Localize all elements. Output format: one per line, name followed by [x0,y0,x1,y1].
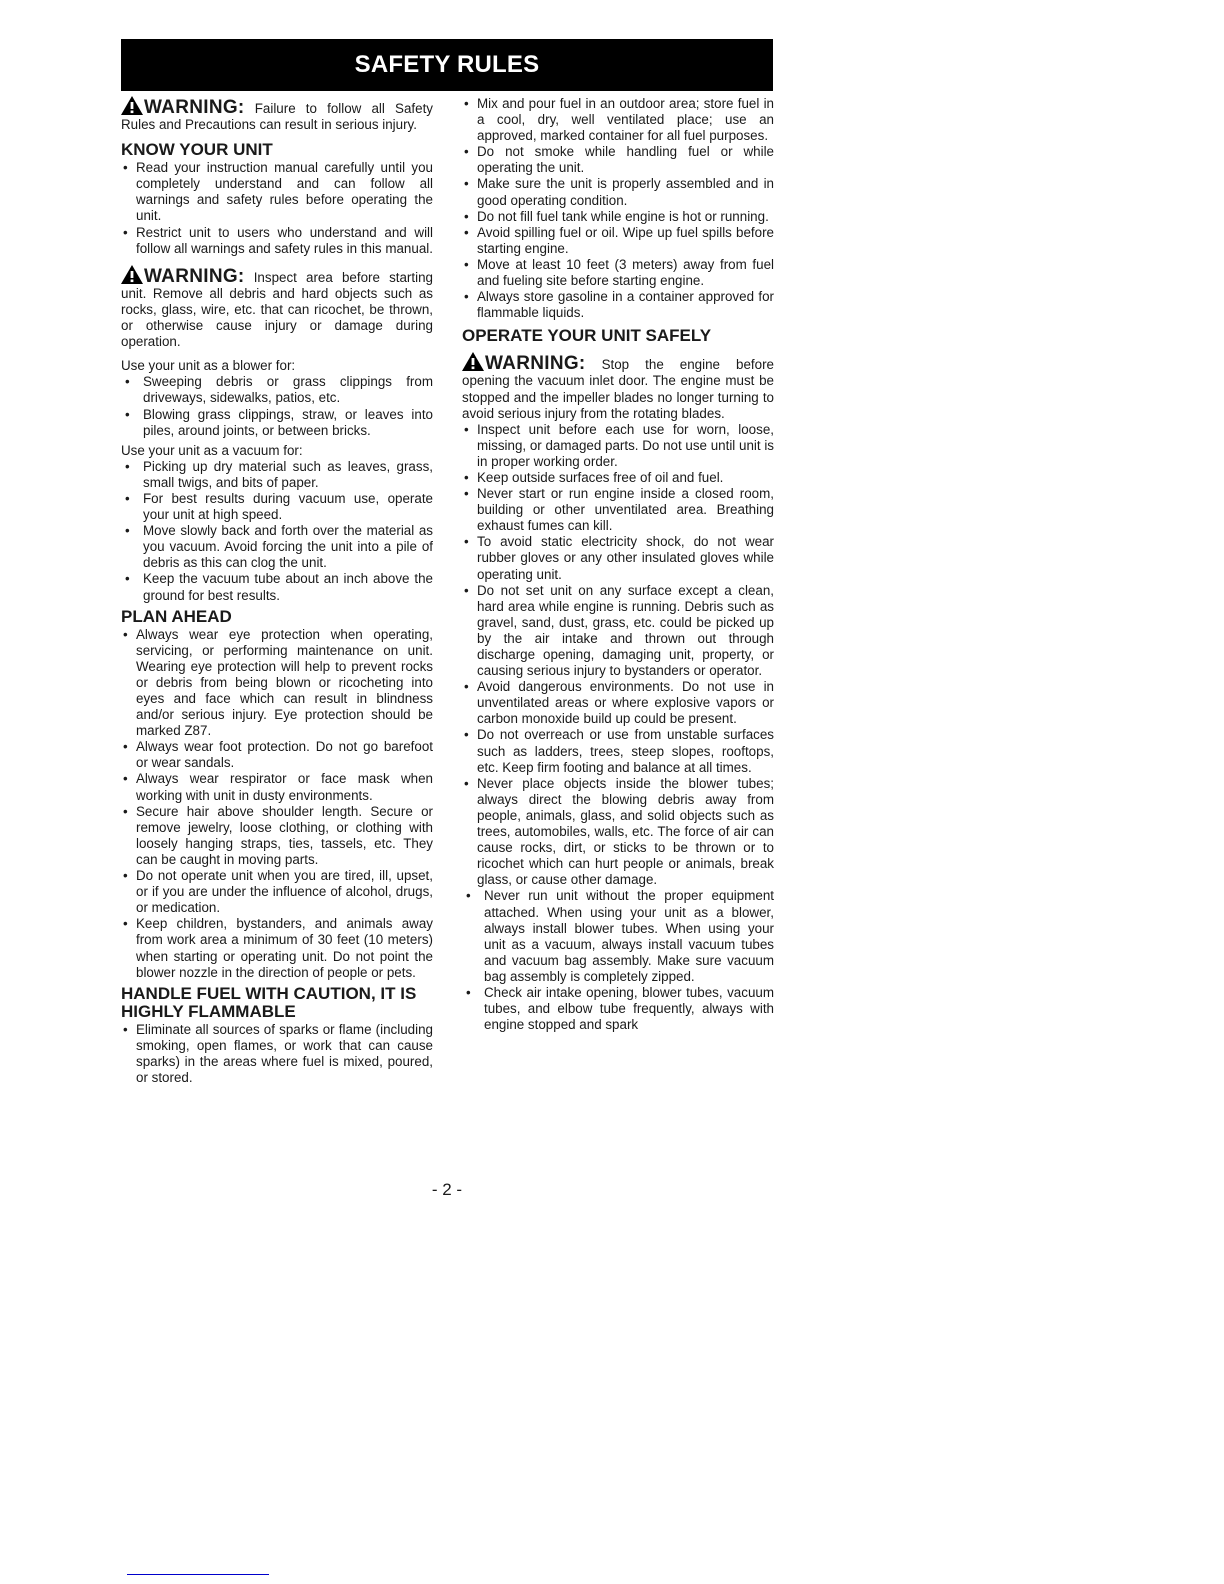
list-item: Avoid dangerous environments. Do not use… [462,679,774,727]
list-item: Do not set unit on any surface except a … [462,583,774,680]
warning-label: WARNING: [144,266,245,287]
right-column: Mix and pour fuel in an outdoor area; st… [462,96,774,1033]
list-item: Keep outside surfaces free of oil and fu… [462,470,774,486]
list-item: Mix and pour fuel in an outdoor area; st… [462,96,774,144]
know-your-unit-list: Read your instruction manual carefully u… [121,160,433,257]
list-item: Do not fill fuel tank while engine is ho… [462,209,774,225]
section-heading-plan-ahead: PLAN AHEAD [121,608,433,626]
list-item: Keep the vacuum tube about an inch above… [121,571,433,603]
list-item: Never place objects inside the blower tu… [462,776,774,889]
vacuum-use-intro: Use your unit as a vacuum for: [121,443,433,459]
list-item: Never run unit without the proper equipm… [462,888,774,985]
list-item: Secure hair above shoulder length. Secur… [121,804,433,868]
blower-use-list: Sweeping debris or grass clippings from … [121,374,433,438]
list-item: Always wear foot protection. Do not go b… [121,739,433,771]
list-item: Eliminate all sources of sparks or flame… [121,1022,433,1086]
fuel-list-continued: Mix and pour fuel in an outdoor area; st… [462,96,774,321]
list-item: Always wear respirator or face mask when… [121,771,433,803]
warning-triangle-icon [462,352,484,371]
warning-triangle-icon [121,265,143,284]
list-item: Read your instruction manual carefully u… [121,160,433,224]
page-number: - 2 - [0,1180,894,1200]
list-item: Do not operate unit when you are tired, … [121,868,433,916]
operate-safely-list-continued: Never run unit without the proper equipm… [462,888,774,1033]
list-item: Do not smoke while handling fuel or whil… [462,144,774,176]
vacuum-use-list: Picking up dry material such as leaves, … [121,459,433,604]
list-item: Make sure the unit is properly assembled… [462,176,774,208]
warning-block: WARNING: Failure to follow all Safety Ru… [121,96,433,133]
list-item: Always store gasoline in a container app… [462,289,774,321]
list-item: Avoid spilling fuel or oil. Wipe up fuel… [462,225,774,257]
list-item: Keep children, bystanders, and animals a… [121,916,433,980]
list-item: Sweeping debris or grass clippings from … [121,374,433,406]
warning-label: WARNING: [144,97,245,118]
page-title-banner: SAFETY RULES [121,39,773,91]
plan-ahead-list: Always wear eye protection when operatin… [121,627,433,981]
list-item: Never start or run engine inside a close… [462,486,774,534]
list-item: Always wear eye protection when operatin… [121,627,433,740]
footer-rule [127,1574,269,1575]
left-column: WARNING: Failure to follow all Safety Ru… [121,96,433,1086]
blower-use-intro: Use your unit as a blower for: [121,358,433,374]
warning-block: WARNING: Inspect area before starting un… [121,265,433,350]
list-item: To avoid static electricity shock, do no… [462,534,774,582]
warning-label: WARNING: [485,353,586,374]
page-title: SAFETY RULES [355,51,540,79]
list-item: Move at least 10 feet (3 meters) away fr… [462,257,774,289]
section-heading-handle-fuel: HANDLE FUEL WITH CAUTION, IT IS HIGHLY F… [121,985,433,1021]
list-item: Restrict unit to users who understand an… [121,225,433,257]
list-item: Do not overreach or use from unstable su… [462,727,774,775]
fuel-list: Eliminate all sources of sparks or flame… [121,1022,433,1086]
section-heading-know-your-unit: KNOW YOUR UNIT [121,141,433,159]
list-item: Blowing grass clippings, straw, or leave… [121,407,433,439]
list-item: Move slowly back and forth over the mate… [121,523,433,571]
warning-block: WARNING: Stop the engine before opening … [462,352,774,421]
section-heading-operate-safely: OPERATE YOUR UNIT SAFELY [462,327,774,345]
list-item: For best results during vacuum use, oper… [121,491,433,523]
list-item: Check air intake opening, blower tubes, … [462,985,774,1033]
list-item: Inspect unit before each use for worn, l… [462,422,774,470]
list-item: Picking up dry material such as leaves, … [121,459,433,491]
operate-safely-list: Inspect unit before each use for worn, l… [462,422,774,889]
warning-triangle-icon [121,96,143,115]
